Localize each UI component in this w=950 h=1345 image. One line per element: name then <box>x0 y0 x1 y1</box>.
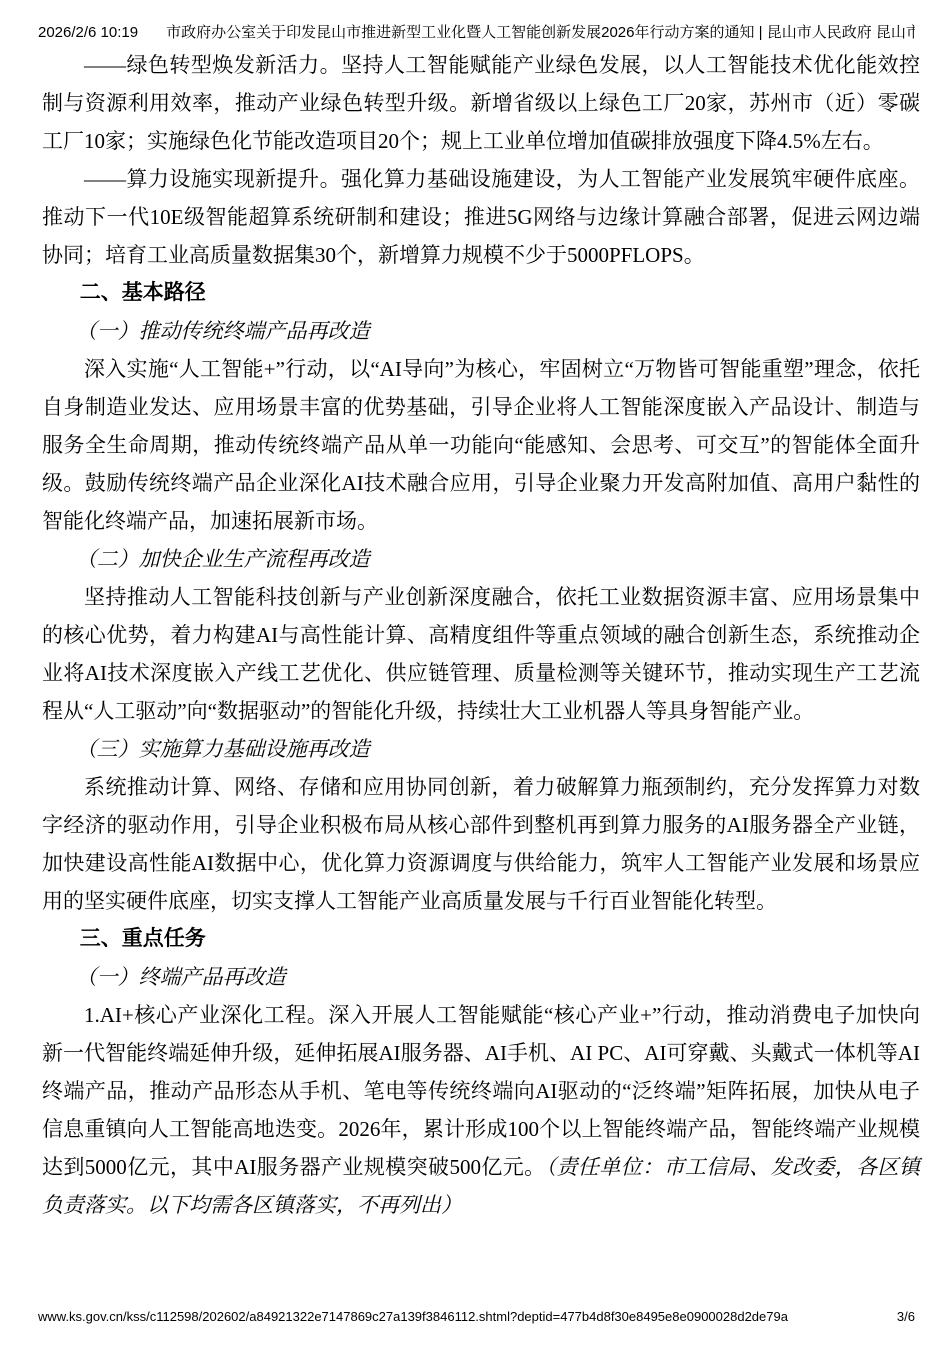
document-title: 市政府办公室关于印发昆山市推进新型工业化暨人工智能创新发展2026年行动方案的通… <box>138 21 915 42</box>
paragraph-green-transition: ——绿色转型焕发新活力。坚持人工智能赋能产业绿色发展，以人工智能技术优化能效控制… <box>42 46 920 160</box>
subsection-heading-computing-infrastructure: （三）实施算力基础设施再改造 <box>42 730 920 768</box>
paragraph-ai-core-industry: 1.AI+核心产业深化工程。深入开展人工智能赋能“核心产业+”行动，推动消费电子… <box>42 996 920 1224</box>
print-preview-page: 2026/2/6 10:19 市政府办公室关于印发昆山市推进新型工业化暨人工智能… <box>0 0 950 1345</box>
paragraph-ai-core-industry-text: 1.AI+核心产业深化工程。深入开展人工智能赋能“核心产业+”行动，推动消费电子… <box>42 1003 920 1179</box>
paragraph-industry-innovation: 坚持推动人工智能科技创新与产业创新深度融合，依托工业数据资源丰富、应用场景集中的… <box>42 578 920 730</box>
footer-url: www.ks.gov.cn/kss/c112598/202602/a849213… <box>38 1309 788 1324</box>
paragraph-computing-facilities: ——算力设施实现新提升。强化算力基础设施建设，为人工智能产业发展筑牢硬件底座。推… <box>42 160 920 274</box>
paragraph-ai-plus-action: 深入实施“人工智能+”行动，以“AI导向”为核心，牢固树立“万物皆可智能重塑”理… <box>42 350 920 540</box>
print-footer: www.ks.gov.cn/kss/c112598/202602/a849213… <box>38 1309 915 1324</box>
subsection-heading-production-process: （二）加快企业生产流程再改造 <box>42 540 920 578</box>
page-number: 3/6 <box>877 1309 915 1324</box>
document-body: ——绿色转型焕发新活力。坚持人工智能赋能产业绿色发展，以人工智能技术优化能效控制… <box>42 46 920 1224</box>
paragraph-computing-collaboration: 系统推动计算、网络、存储和应用协同创新，着力破解算力瓶颈制约，充分发挥算力对数字… <box>42 768 920 920</box>
print-header: 2026/2/6 10:19 市政府办公室关于印发昆山市推进新型工业化暨人工智能… <box>38 21 915 42</box>
print-datetime: 2026/2/6 10:19 <box>38 24 138 41</box>
subsection-heading-terminal-products: （一）推动传统终端产品再改造 <box>42 312 920 350</box>
section-heading-basic-path: 二、基本路径 <box>42 274 920 312</box>
section-heading-key-tasks: 三、重点任务 <box>42 920 920 958</box>
subsection-heading-terminal-remake: （一）终端产品再改造 <box>42 958 920 996</box>
